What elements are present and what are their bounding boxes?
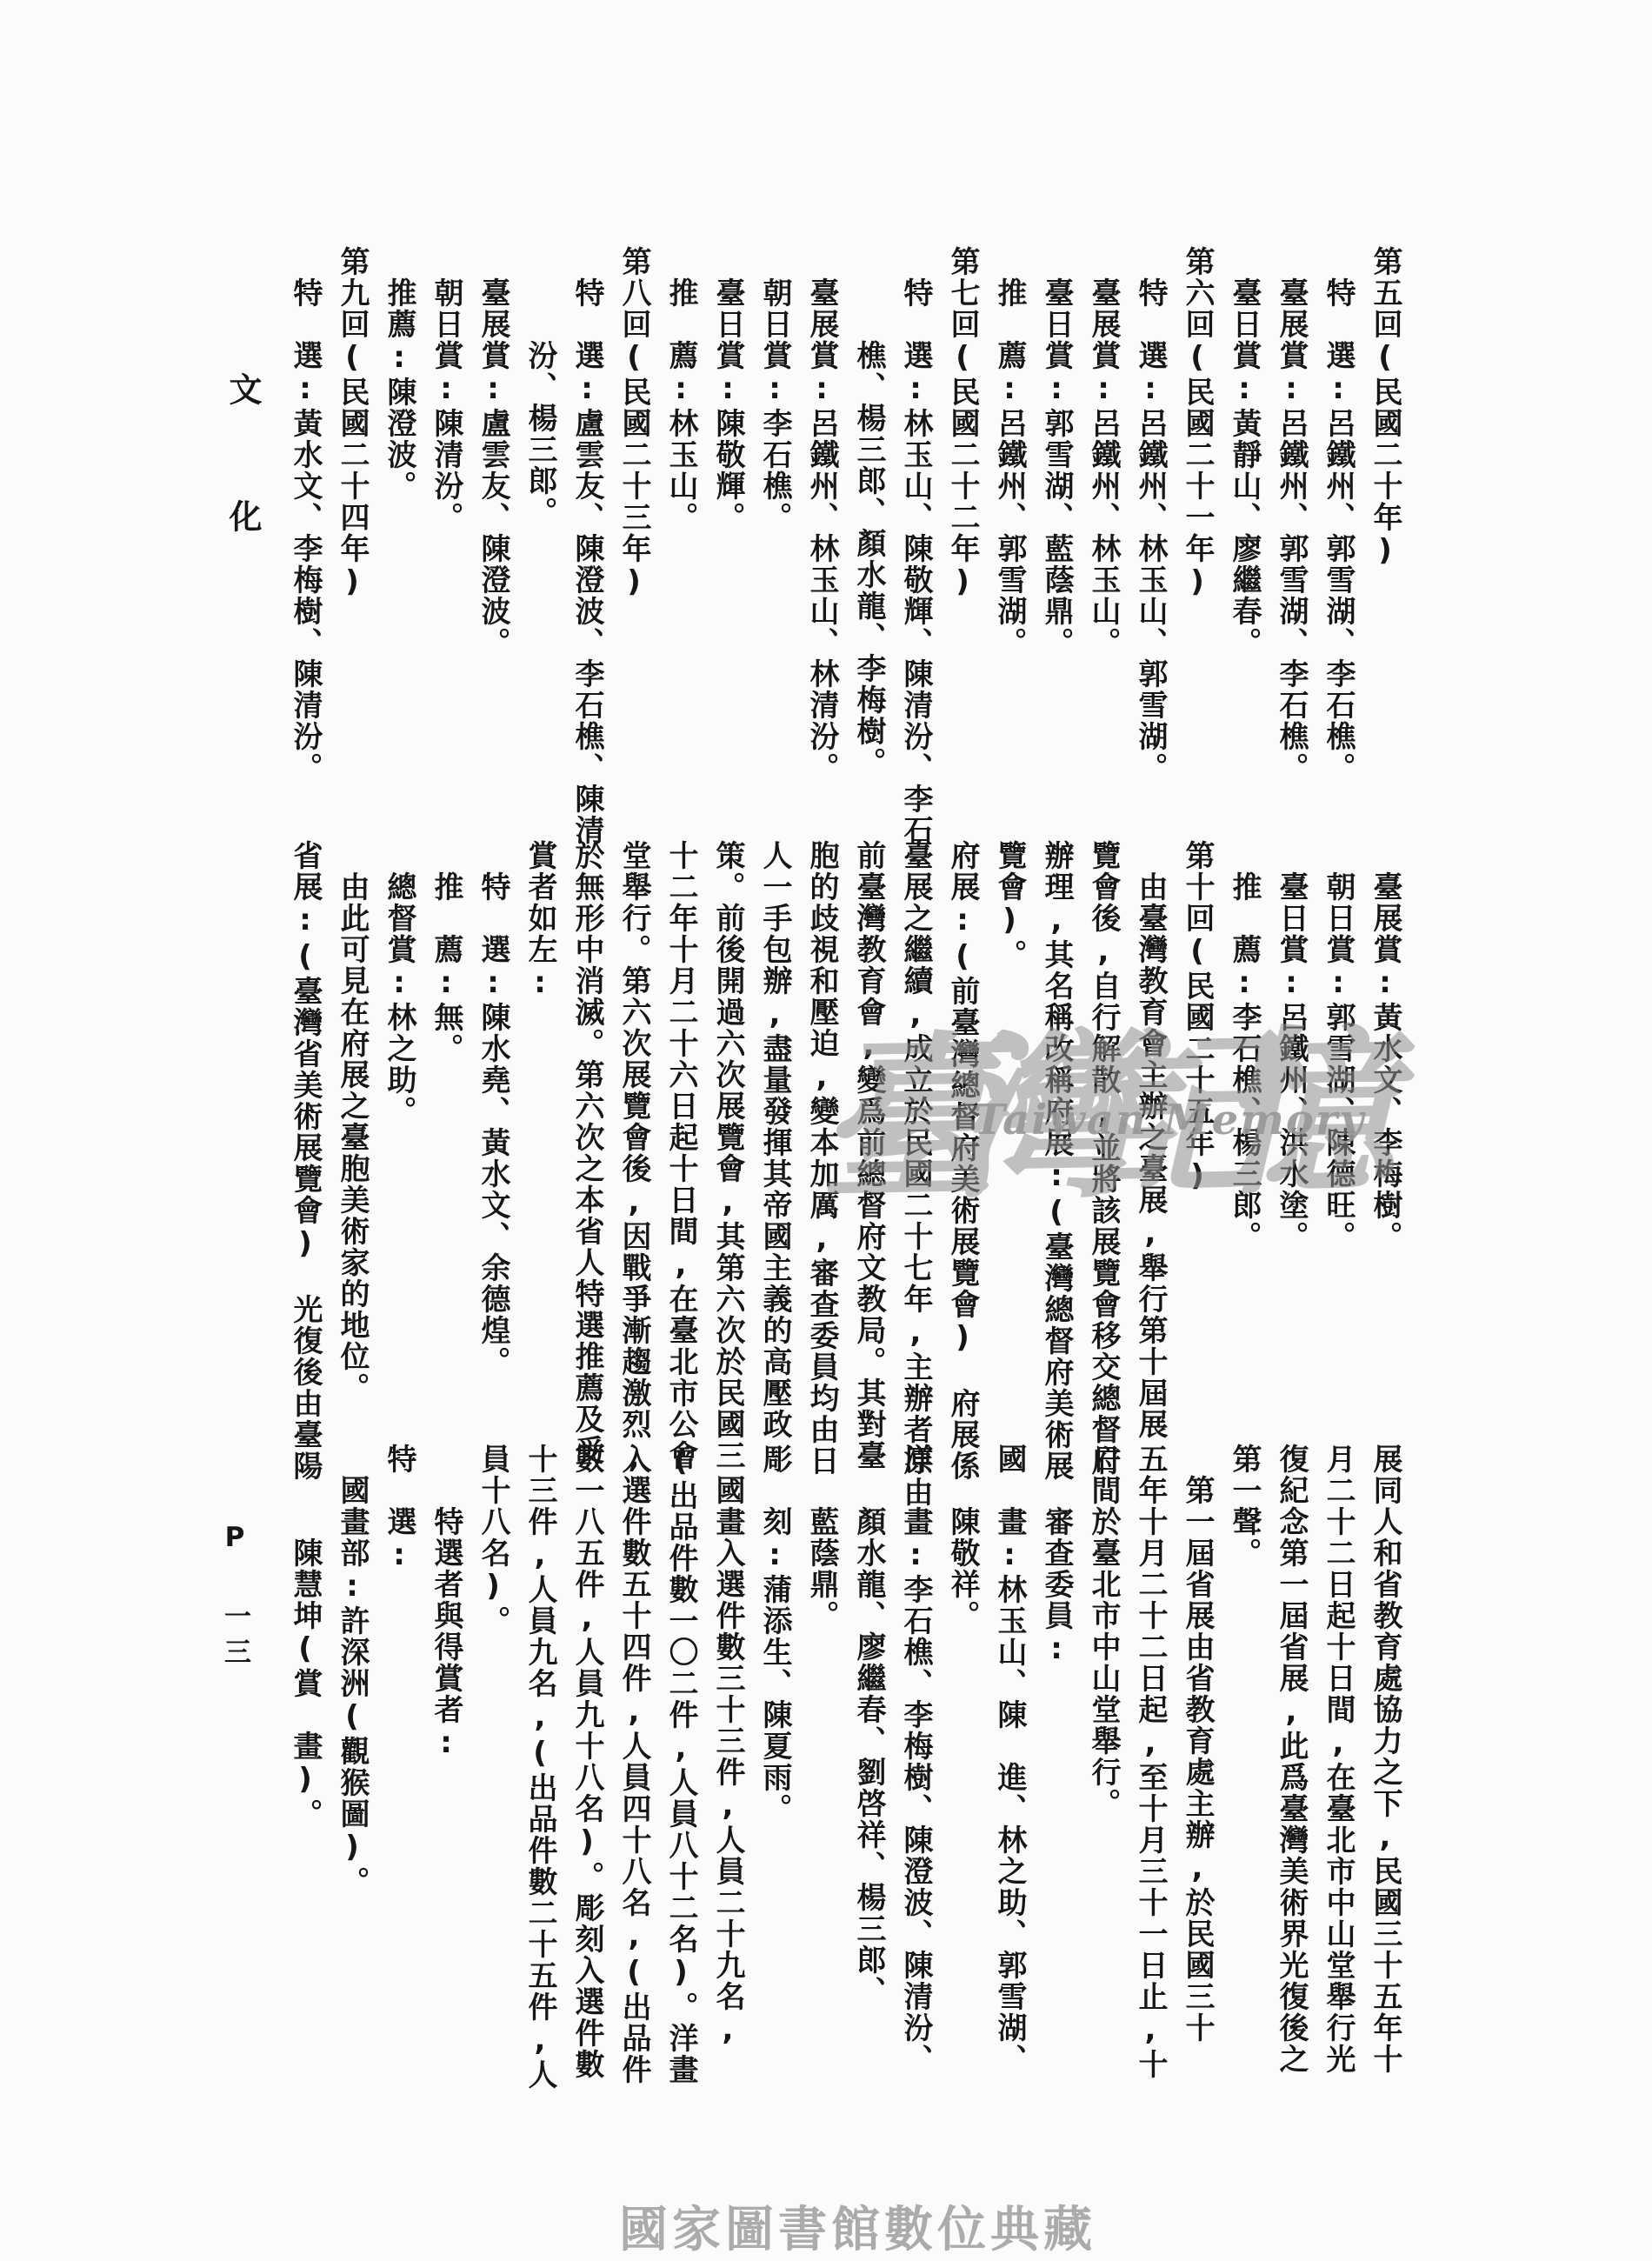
taiten-exhibition-section: 第五回(民國二十年) 特 選:呂鐵州、郭雪湖、李石樵。 臺展賞:呂鐵州、郭雪湖、… (282, 246, 1409, 820)
text-column: 日間於臺北市中山堂舉行。 (1080, 1444, 1127, 2096)
futen-exhibition-section: 臺展賞:黃水文、李梅樹。 朝日賞:郭雪湖、陳德旺。 臺日賞:呂鐵州、洪水塗。 推… (282, 840, 1409, 1449)
text-column: 第八回(民國二十三年) (610, 246, 657, 820)
text-column: 臺日賞:黃靜山、廖繼春。 (1221, 246, 1268, 820)
text-column: 洋 畫:李石樵、李梅樹、陳澄波、陳清汾、 (892, 1444, 939, 2096)
archive-footer: 國家圖書館數位典藏 (619, 2191, 1096, 2261)
text-column: 陳慧坤(賞 畫)。 (282, 1444, 329, 2096)
text-column: 推 薦:呂鐵州、郭雪湖。 (986, 246, 1033, 820)
text-column: 臺展之繼續,成立於民國二十七年,主辦者原由 (892, 840, 939, 1449)
text-column: 辦理,其名稱改稱府展:(臺灣總督府美術展 (1033, 840, 1080, 1449)
text-column: 賞者如左: (516, 840, 563, 1449)
text-column: 十二年十月二十六日起十日間,在臺北市公會 (657, 840, 704, 1449)
text-column: 臺展賞:呂鐵州、林玉山。 (1080, 246, 1127, 820)
text-column: 十三件,人員九名,(出品件數二十五件,人 (516, 1444, 563, 2096)
page-number: P 一三 (216, 1522, 255, 1673)
text-column: 數一八五件,人員九十八名)。彫刻入選件數 (563, 1444, 610, 2096)
text-column: 臺日賞:郭雪湖、藍蔭鼎。 (1033, 246, 1080, 820)
text-column: 國 畫:林玉山、陳 進、林之助、郭雪湖、 (986, 1444, 1033, 2096)
text-column: 第六回(民國二十一年) (1174, 246, 1221, 820)
text-column: 朝日賞:李石樵。 (751, 246, 798, 820)
text-column: 於無形中消滅。第六次之本省人特選推薦及受 (563, 840, 610, 1449)
provincial-exhibition-section: 展同人和省教育處協力之下,民國三十五年十月二十二日起十日間,在臺北市中山堂舉行光… (282, 1444, 1409, 2096)
text-column: 覽會後,自行解散,並將該展覽會移交總督府 (1080, 840, 1127, 1449)
text-column: 特 選:呂鐵州、林玉山、郭雪湖。 (1127, 246, 1174, 820)
text-column: 樵、楊三郎、顏水龍、李梅樹。 (845, 246, 892, 820)
text-column: 臺展賞:呂鐵州、郭雪湖、李石樵。 (1268, 246, 1315, 820)
text-column: 堂舉行。第六次展覽會後,因戰爭漸趨激烈, (610, 840, 657, 1449)
text-column: 特 選:陳水堯、黃水文、余德煌。 (470, 840, 516, 1449)
text-column: 員十八名)。 (470, 1444, 516, 2096)
text-column: 由臺灣教育會主辦之臺展,舉行第十屆展 (1127, 840, 1174, 1449)
text-column: 特 選:黃水文、李梅樹、陳清汾。 (282, 246, 329, 820)
text-column: 人一手包辦,盡量發揮其帝國主義的高壓政 (751, 840, 798, 1449)
text-column: 審查委員: (1033, 1444, 1080, 2096)
text-column: 第十回(民國二十五年) (1174, 840, 1221, 1449)
text-column: 第一聲。 (1221, 1444, 1268, 2096)
text-column: 推 薦:林玉山。 (657, 246, 704, 820)
text-column: 藍蔭鼎。 (798, 1444, 845, 2096)
text-column: 第五回(民國二十年) (1362, 246, 1409, 820)
text-column: 第七回(民國二十二年) (939, 246, 986, 820)
text-column: 胞的歧視和壓迫,變本加厲,審查委員均由日 (798, 840, 845, 1449)
text-column: 臺展賞:黃水文、李梅樹。 (1362, 840, 1409, 1449)
text-column: 彫 刻:蒲添生、陳夏雨。 (751, 1444, 798, 2096)
text-column: 省展:(臺灣省美術展覽會) 光復後由臺陽 (282, 840, 329, 1449)
text-column: 復紀念第一屆省展,此爲臺灣美術界光復後之 (1268, 1444, 1315, 2096)
text-column: 月二十二日起十日間,在臺北市中山堂舉行光 (1315, 1444, 1362, 2096)
scanned-document-page: 文化 第五回(民國二十年) 特 選:呂鐵州、郭雪湖、李石樵。 臺展賞:呂鐵州、郭… (0, 0, 1652, 2261)
text-column: 府展:(前臺灣總督府美術展覽會) 府展係 (939, 840, 986, 1449)
text-column: 總督賞:林之助。 (376, 840, 423, 1449)
text-column: 國畫部:許深洲(觀猴圖)。 (329, 1444, 376, 2096)
text-column: 臺日賞:陳敬輝。 (704, 246, 751, 820)
text-column: 由此可見在府展之臺胞美術家的地位。 (329, 840, 376, 1449)
text-column: 朝日賞:陳清汾。 (423, 246, 470, 820)
section-header: 文化 (219, 372, 267, 626)
text-column: 展同人和省教育處協力之下,民國三十五年十 (1362, 1444, 1409, 2096)
text-column: 臺日賞:呂鐵州、洪水塗。 (1268, 840, 1315, 1449)
text-column: 特選者與得賞者: (423, 1444, 470, 2096)
text-column: 顏水龍、廖繼春、劉啓祥、楊三郎、 (845, 1444, 892, 2096)
text-column: 國畫入選件數三十三件,人員二十九名, (704, 1444, 751, 2096)
text-column: 第九回(民國二十四年) (329, 246, 376, 820)
text-column: 特 選: (376, 1444, 423, 2096)
text-column: 五年十月二十二日起,至十月三十一日止,十 (1127, 1444, 1174, 2096)
text-column: (出品件數一〇二件,人員八十二名)。洋畫 (657, 1444, 704, 2096)
text-column: 推薦:陳澄波。 (376, 246, 423, 820)
text-column: 臺展賞:盧雲友、陳澄波。 (470, 246, 516, 820)
text-column: 特 選:盧雲友、陳澄波、李石樵、陳清 (563, 246, 610, 820)
text-column: 推 薦:李石樵、楊三郎。 (1221, 840, 1268, 1449)
text-column: 前臺灣教育會,變爲前總督府文教局。其對臺 (845, 840, 892, 1449)
text-column: 臺展賞:呂鐵州、林玉山、林清汾。 (798, 246, 845, 820)
text-column: 朝日賞:郭雪湖、陳德旺。 (1315, 840, 1362, 1449)
text-column: 特 選:呂鐵州、郭雪湖、李石樵。 (1315, 246, 1362, 820)
text-column: 特 選:林玉山、陳敬輝、陳清汾、李石 (892, 246, 939, 820)
text-column: 策。前後開過六次展覽會,其第六次於民國三 (704, 840, 751, 1449)
text-column: 覽會)。 (986, 840, 1033, 1449)
text-column: 陳敬祥。 (939, 1444, 986, 2096)
text-column: 入選件數五十四件,人員四十八名,(出品件 (610, 1444, 657, 2096)
text-column: 汾、楊三郎。 (516, 246, 563, 820)
text-column: 第一屆省展由省教育處主辦,於民國三十 (1174, 1444, 1221, 2096)
text-column: 推 薦:無。 (423, 840, 470, 1449)
